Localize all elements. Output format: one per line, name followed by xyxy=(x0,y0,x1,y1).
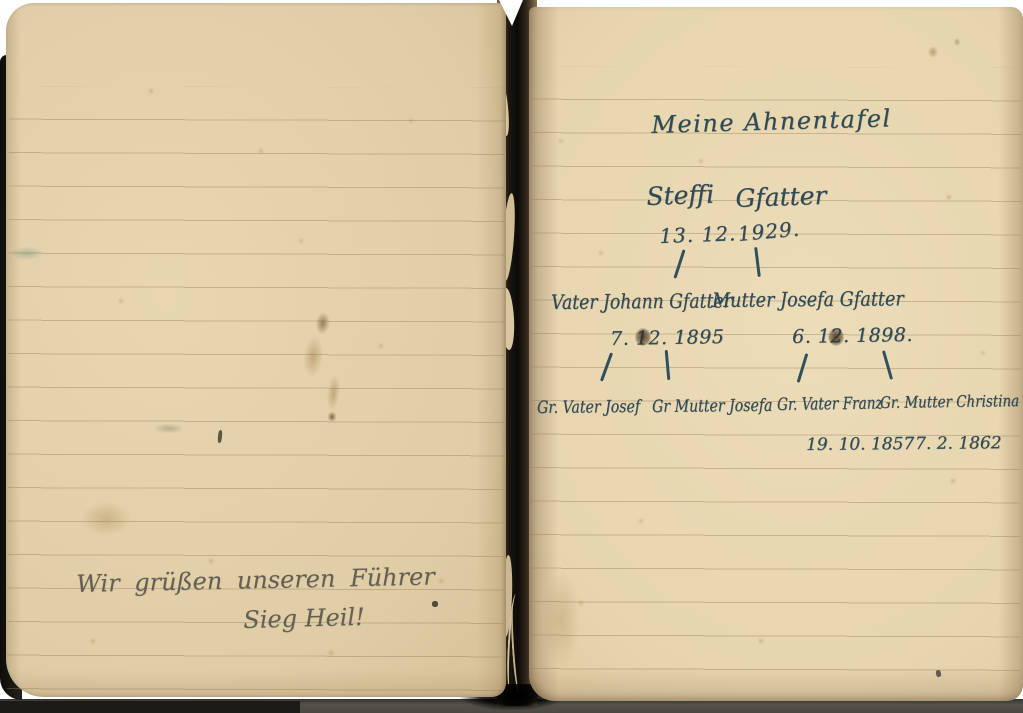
ruled-lines xyxy=(7,86,505,692)
ink-speck xyxy=(432,601,438,607)
ink-blot xyxy=(828,328,844,346)
handwritten-inscription-line1: Wir grüßen unseren Führer xyxy=(76,564,435,596)
scan-background-notch xyxy=(499,0,523,26)
grandmother-paternal-label: Gr Mutter Josefa xyxy=(652,398,773,416)
grandmother-maternal-birth-date: 7. 2. 1862 xyxy=(915,435,1002,453)
mother-birth-date: 6. 12. 1898. xyxy=(792,326,913,347)
child-birth-day-month: 13. 12. xyxy=(659,223,737,246)
handwritten-inscription-line2: Sieg Heil! xyxy=(243,605,365,632)
scanner-bed-strip-dark xyxy=(0,701,300,713)
ink-speck xyxy=(935,670,941,678)
father-birth-date: 7. 12. 1895 xyxy=(610,328,725,349)
pencil-smudge xyxy=(152,423,186,434)
grandfather-maternal-label: Gr. Vater Franz xyxy=(777,396,883,414)
grandfather-maternal-birth-date: 19. 10. 1857 xyxy=(806,436,914,454)
mother-label: Mutter Josefa Gfatter xyxy=(712,288,904,310)
child-surname: Gfatter xyxy=(735,183,827,211)
page-title: Meine Ahnentafel xyxy=(651,106,892,137)
child-first-name: Steffi xyxy=(646,182,715,209)
fox-spots xyxy=(0,0,2,2)
ink-blot xyxy=(635,328,651,346)
father-label: Vater Johann Gfatter xyxy=(551,290,732,312)
ruled-lines xyxy=(530,66,1022,696)
grandfather-paternal-label: Gr. Vater Josef xyxy=(537,399,640,417)
grandmother-maternal-label: Gr. Mutter Christina xyxy=(880,393,1019,411)
child-birth-year: 1929. xyxy=(737,219,801,244)
notebook-scan: Wir grüßen unseren Führer Sieg Heil! Mei… xyxy=(0,0,1023,713)
